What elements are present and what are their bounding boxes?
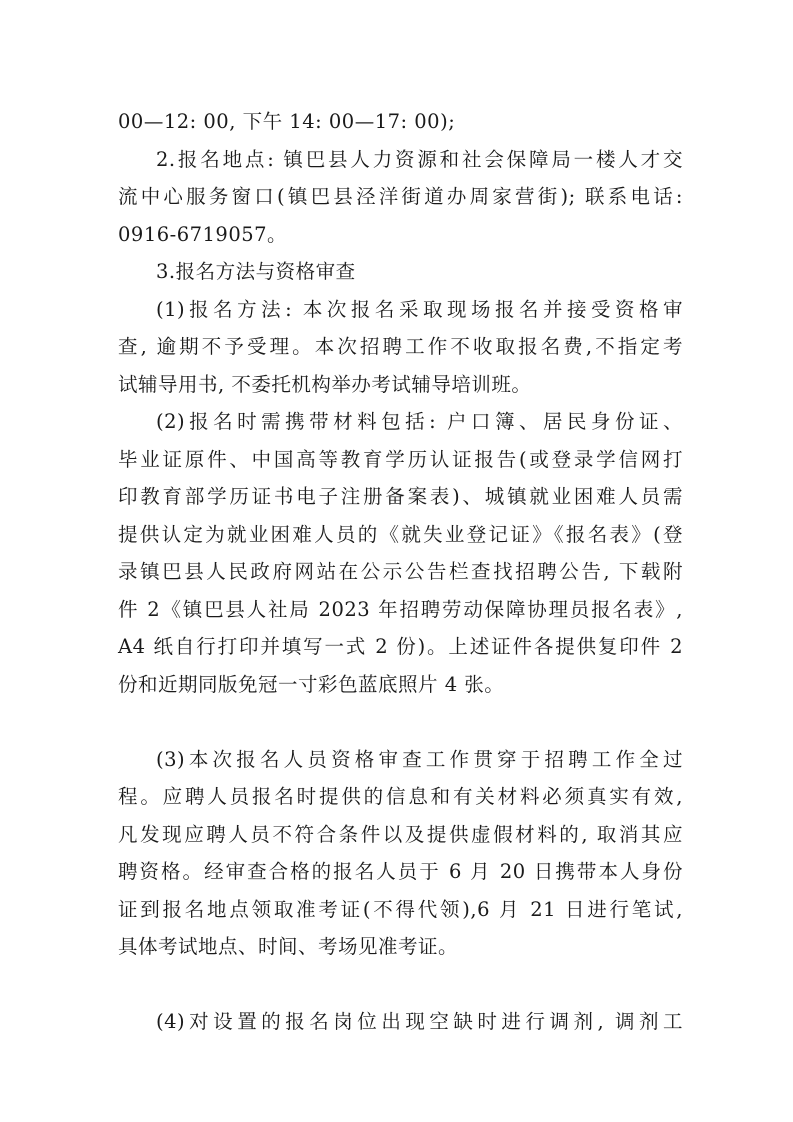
text-line: 2.报名地点: 镇巴县人力资源和社会保障局一楼人才交 [156, 145, 683, 175]
text-line: 程。应聘人员报名时提供的信息和有关材料必须真实有效, [118, 782, 683, 812]
text-line: (1)报名方法: 本次报名采取现场报名并接受资格审 [156, 295, 683, 325]
section-heading: 3.报名方法与资格审查 [156, 257, 683, 287]
text-line: 毕业证原件、中国高等教育学历认证报告(或登录学信网打 [118, 445, 683, 475]
text-line: 提供认定为就业困难人员的《就失业登记证》《报名表》(登 [118, 520, 683, 550]
text-line: (3)本次报名人员资格审查工作贯穿于招聘工作全过 [156, 745, 683, 775]
text-line: 份和近期同版免冠一寸彩色蓝底照片 4 张。 [118, 670, 683, 700]
text-line: 凡发现应聘人员不符合条件以及提供虚假材料的, 取消其应 [118, 820, 683, 850]
text-line: 00—12: 00, 下午 14: 00—17: 00); [118, 107, 683, 137]
text-line: 具体考试地点、时间、考场见准考证。 [118, 932, 683, 962]
text-line: A4 纸自行打印并填写一式 2 份)。上述证件各提供复印件 2 [118, 632, 683, 662]
text-line: 试辅导用书, 不委托机构举办考试辅导培训班。 [118, 370, 683, 400]
text-line: 件 2《镇巴县人社局 2023 年招聘劳动保障协理员报名表》, [118, 595, 683, 625]
text-line: (2)报名时需携带材料包括: 户口簿、居民身份证、 [156, 407, 683, 437]
text-line: 查, 逾期不予受理。本次招聘工作不收取报名费,不指定考 [118, 332, 683, 362]
text-line: 流中心服务窗口(镇巴县泾洋街道办周家营街); 联系电话: [118, 182, 683, 212]
text-line: 0916-6719057。 [118, 220, 683, 250]
text-line: 聘资格。经审查合格的报名人员于 6 月 20 日携带本人身份 [118, 857, 683, 887]
text-line: 印教育部学历证书电子注册备案表)、城镇就业困难人员需 [118, 482, 683, 512]
text-line: (4)对设置的报名岗位出现空缺时进行调剂, 调剂工 [156, 1007, 683, 1037]
document-page: 00—12: 00, 下午 14: 00—17: 00); 2.报名地点: 镇巴… [0, 0, 793, 1122]
text-line: 录镇巴县人民政府网站在公示公告栏查找招聘公告, 下载附 [118, 557, 683, 587]
text-line: 证到报名地点领取准考证(不得代领),6 月 21 日进行笔试, [118, 895, 683, 925]
